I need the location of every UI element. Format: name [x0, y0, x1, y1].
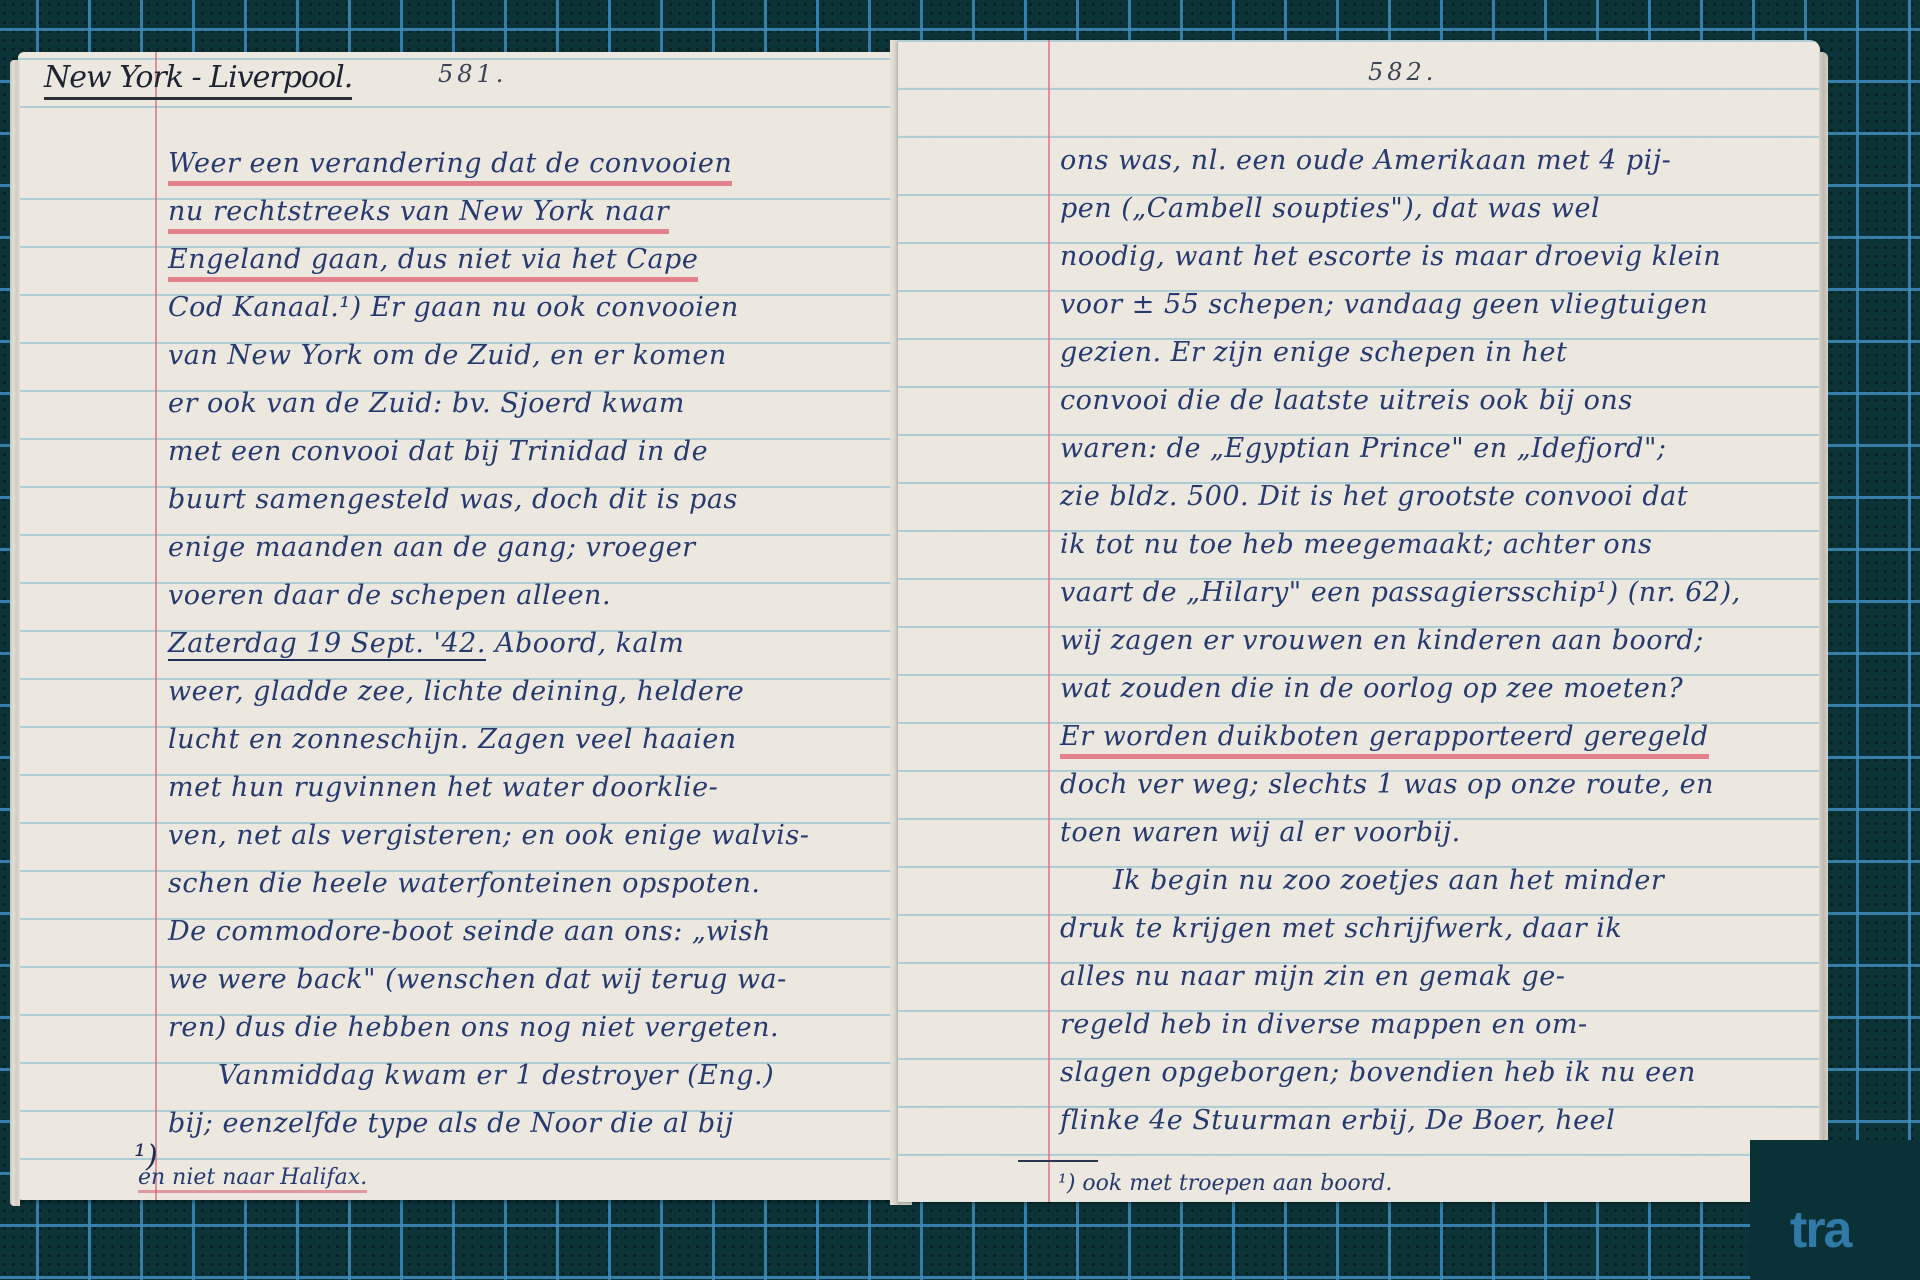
left-page-text: Weer een verandering dat de convooien nu…	[18, 144, 898, 1152]
left-page-footnote: ¹) en niet naar Halifax.	[138, 1165, 367, 1190]
date-heading-line: Zaterdag 19 Sept. '42. Aboord, kalm	[18, 624, 898, 672]
page-header-title: New York - Liverpool.	[44, 60, 352, 100]
text-line: ik tot nu toe heb meegemaakt; achter ons	[898, 525, 1820, 573]
text-line: ons was, nl. een oude Amerikaan met 4 pi…	[898, 141, 1820, 189]
footnote-marker: ¹)	[1058, 1171, 1075, 1196]
text-line: buurt samengesteld was, doch dit is pas	[18, 480, 898, 528]
text-line: enige maanden aan de gang; vroeger	[18, 528, 898, 576]
text-line: Weer een verandering dat de convooien	[18, 144, 898, 192]
right-page-number: 582.	[1368, 58, 1437, 86]
text-line: alles nu naar mijn zin en gemak ge-	[898, 957, 1820, 1005]
text-line: waren: de „Egyptian Prince" en „Idefjord…	[898, 429, 1820, 477]
text-line: met een convooi dat bij Trinidad in de	[18, 432, 898, 480]
text-line: Engeland gaan, dus niet via het Cape	[18, 240, 898, 288]
text-line: schen die heele waterfonteinen opspoten.	[18, 864, 898, 912]
text-line: van New York om de Zuid, en er komen	[18, 336, 898, 384]
left-page: New York - Liverpool. 581. Weer een vera…	[18, 52, 898, 1200]
text-line: De commodore-boot seinde aan ons: „wish	[18, 912, 898, 960]
right-page-text: ons was, nl. een oude Amerikaan met 4 pi…	[898, 141, 1820, 1149]
text-line: voor ± 55 schepen; vandaag geen vliegtui…	[898, 285, 1820, 333]
date-heading: Zaterdag 19 Sept. '42.	[168, 628, 486, 661]
text-line: zie bldz. 500. Dit is het grootste convo…	[898, 477, 1820, 525]
text-line: wij zagen er vrouwen en kinderen aan boo…	[898, 621, 1820, 669]
right-page: 582. ons was, nl. een oude Amerikaan met…	[898, 40, 1820, 1202]
text-line: slagen opgeborgen; bovendien heb ik nu e…	[898, 1053, 1820, 1101]
text-line: Ik begin nu zoo zoetjes aan het minder	[898, 861, 1820, 909]
text-line: vaart de „Hilary" een passagiersschip¹) …	[898, 573, 1820, 621]
text-line: doch ver weg; slechts 1 was op onze rout…	[898, 765, 1820, 813]
text-line: we were back" (wenschen dat wij terug wa…	[18, 960, 898, 1008]
text-line: Er worden duikboten gerapporteerd gerege…	[898, 717, 1820, 765]
text-line: ven, net als vergisteren; en ook enige w…	[18, 816, 898, 864]
right-page-footnote: ¹) ook met troepen aan boord.	[1058, 1171, 1392, 1196]
open-notebook: New York - Liverpool. 581. Weer een vera…	[0, 0, 1920, 1280]
text-line: er ook van de Zuid: bv. Sjoerd kwam	[18, 384, 898, 432]
text-line: noodig, want het escorte is maar droevig…	[898, 237, 1820, 285]
text-line: Cod Kanaal.¹) Er gaan nu ook convooien	[18, 288, 898, 336]
text-line: met hun rugvinnen het water doorklie-	[18, 768, 898, 816]
footnote-rule	[1018, 1160, 1098, 1162]
text-line: ren) dus die hebben ons nog niet vergete…	[18, 1008, 898, 1056]
text-line: wat zouden die in de oorlog op zee moete…	[898, 669, 1820, 717]
text-line: weer, gladde zee, lichte deining, helder…	[18, 672, 898, 720]
text-line: Vanmiddag kwam er 1 destroyer (Eng.)	[18, 1056, 898, 1104]
text-line: lucht en zonneschijn. Zagen veel haaien	[18, 720, 898, 768]
text-line: toen waren wij al er voorbij.	[898, 813, 1820, 861]
text-line: voeren daar de schepen alleen.	[18, 576, 898, 624]
text-line: convooi die de laatste uitreis ook bij o…	[898, 381, 1820, 429]
text-line: druk te krijgen met schrijfwerk, daar ik	[898, 909, 1820, 957]
footnote-marker: ¹)	[134, 1139, 158, 1174]
text-line: flinke 4e Stuurman erbij, De Boer, heel	[898, 1101, 1820, 1149]
text-line: regeld heb in diverse mappen en om-	[898, 1005, 1820, 1053]
left-page-number: 581.	[438, 60, 507, 88]
cutting-mat-logo: tra	[1750, 1140, 1920, 1280]
text-line: gezien. Er zijn enige schepen in het	[898, 333, 1820, 381]
text-line: nu rechtstreeks van New York naar	[18, 192, 898, 240]
text-line: pen („Cambell soupties"), dat was wel	[898, 189, 1820, 237]
